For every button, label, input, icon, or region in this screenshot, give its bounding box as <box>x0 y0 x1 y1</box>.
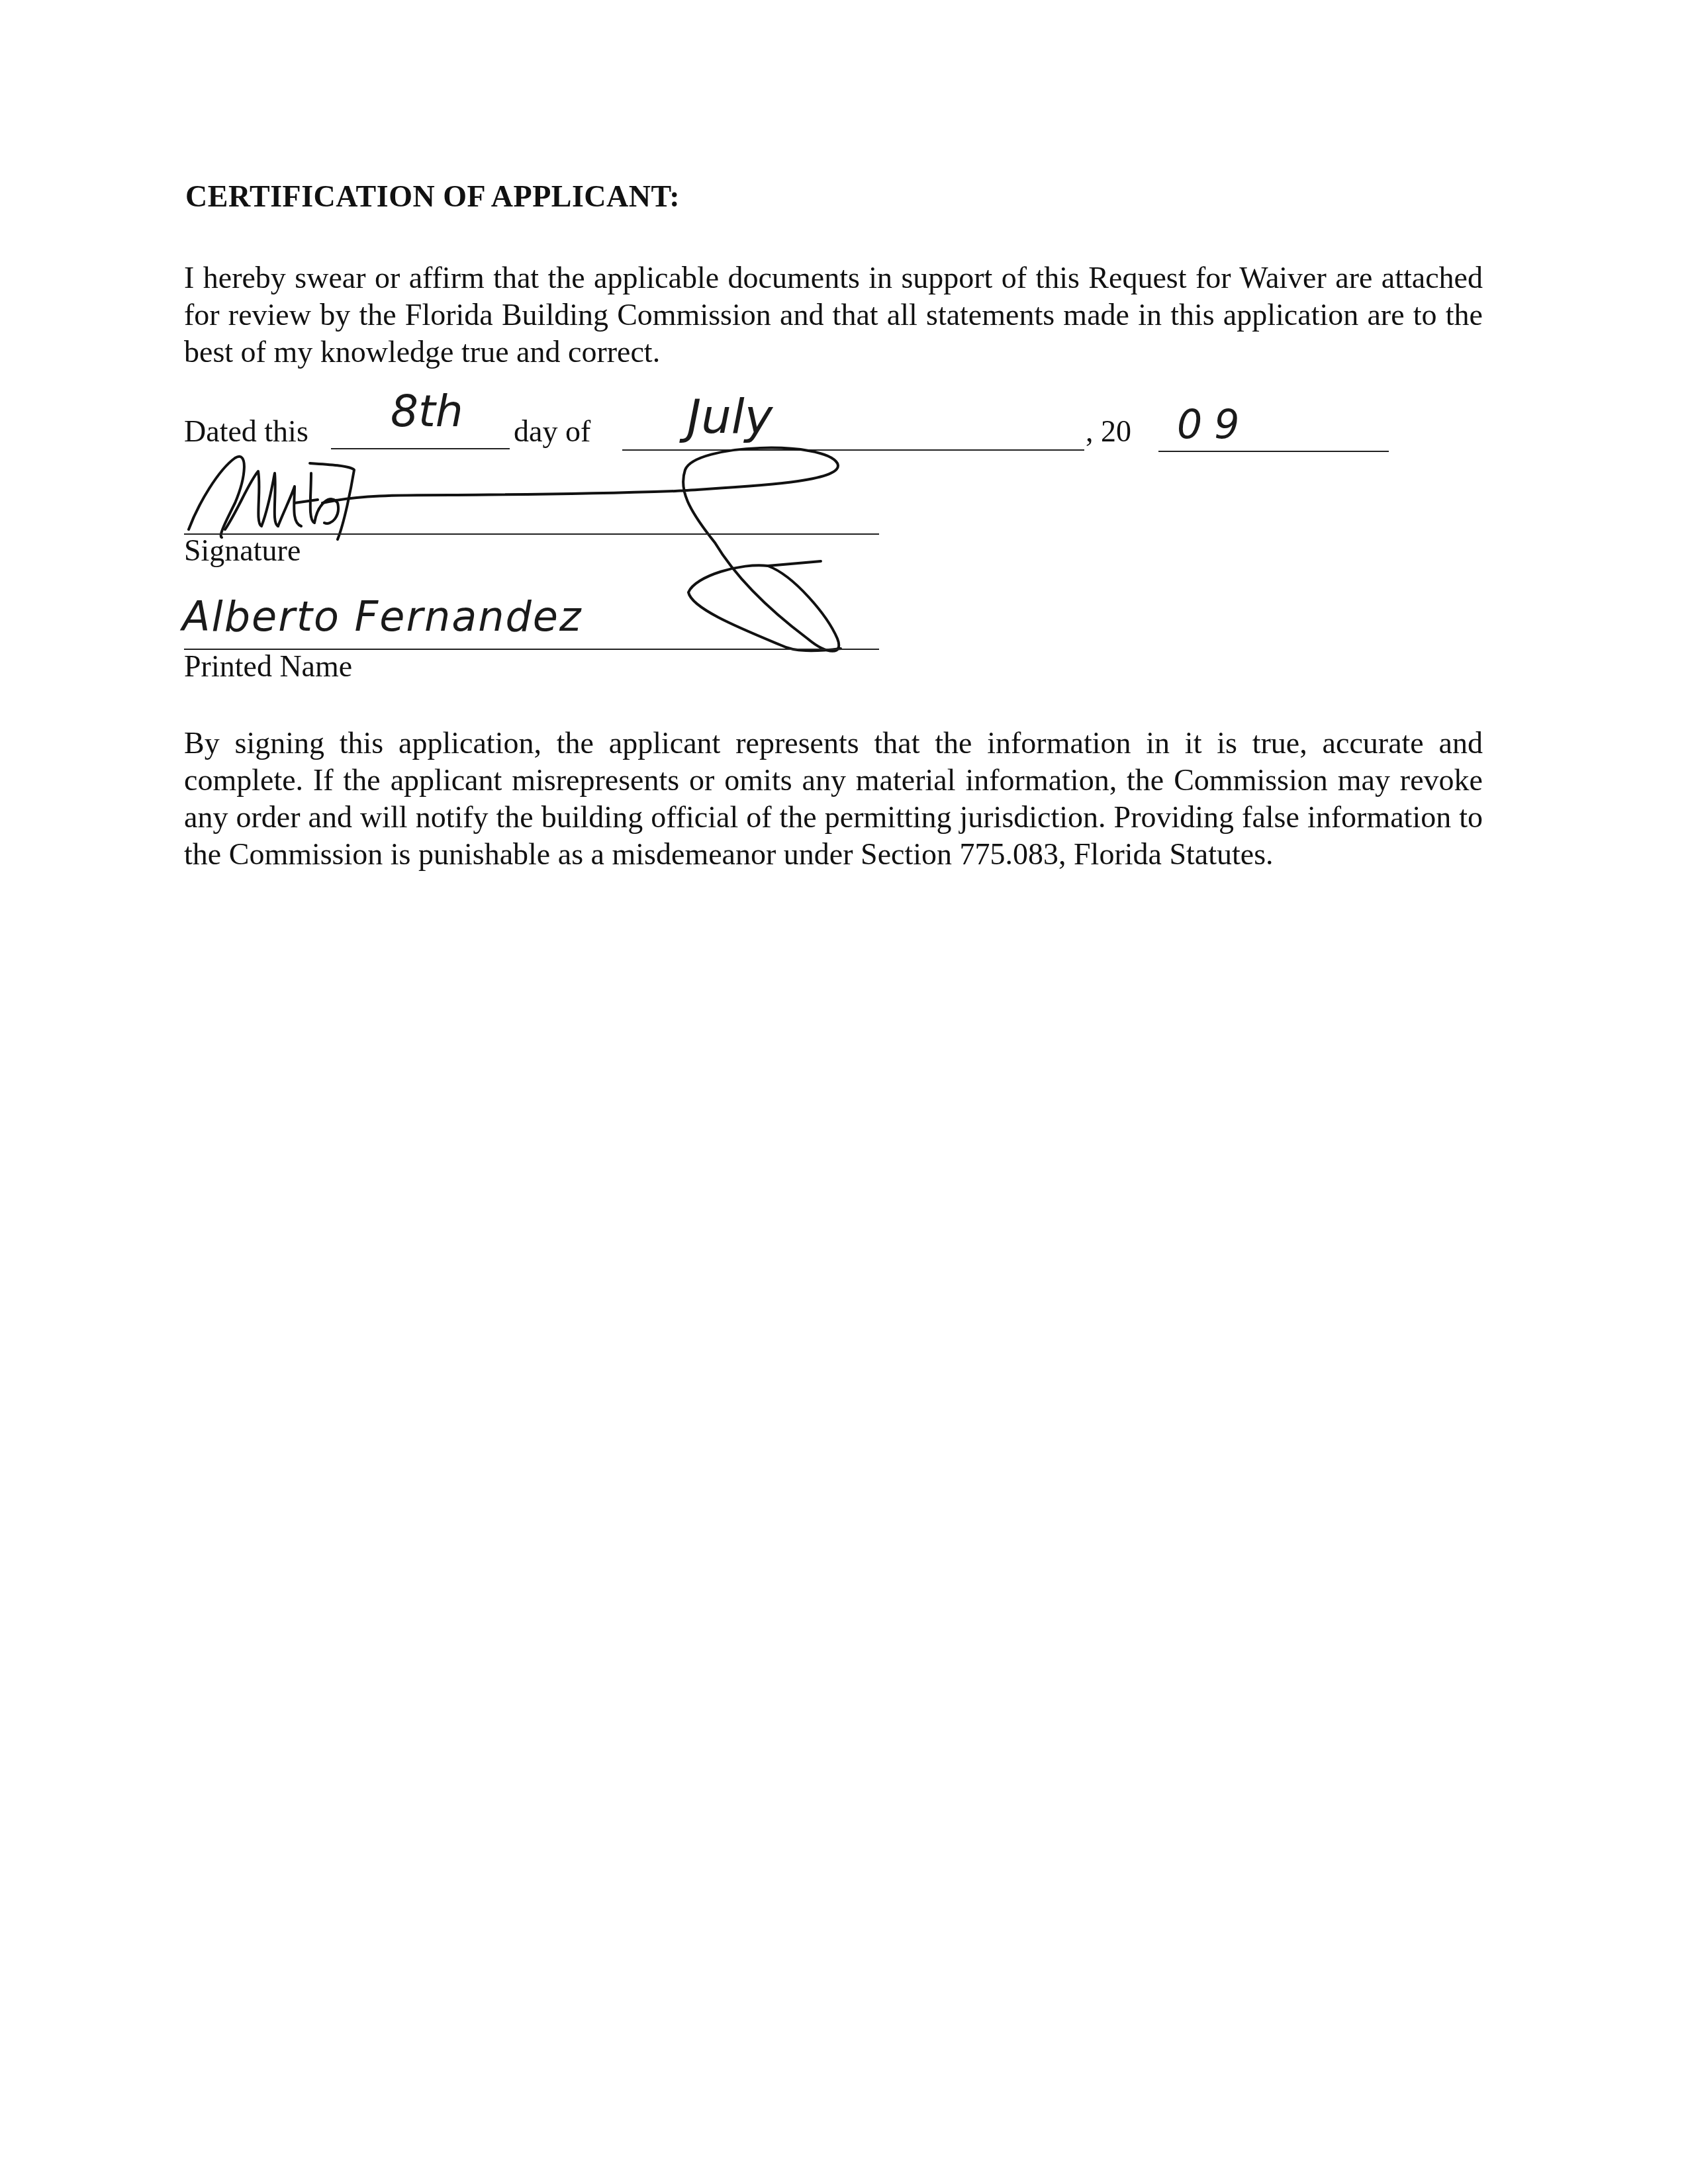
printed-name-field[interactable]: Alberto Fernandez <box>182 592 583 641</box>
document-page: CERTIFICATION OF APPLICANT: I hereby swe… <box>0 0 1688 2184</box>
month-blank-line <box>622 449 1084 451</box>
year-blank-line <box>1158 451 1389 452</box>
year-prefix-label: , 20 <box>1086 414 1131 449</box>
printed-name-label: Printed Name <box>184 649 352 684</box>
signature-label: Signature <box>184 533 301 568</box>
day-blank-line <box>331 448 510 449</box>
day-field[interactable]: 8th <box>391 386 463 437</box>
day-of-label: day of <box>514 414 590 449</box>
dated-row: Dated this 8th day of July , 20 09 <box>184 400 1376 453</box>
section-title: CERTIFICATION OF APPLICANT: <box>185 179 680 214</box>
month-field[interactable]: July <box>687 388 773 444</box>
dated-this-label: Dated this <box>184 414 308 449</box>
certification-paragraph: I hereby swear or affirm that the applic… <box>184 259 1483 371</box>
year-field[interactable]: 09 <box>1177 402 1251 448</box>
disclaimer-paragraph: By signing this application, the applica… <box>184 725 1483 873</box>
